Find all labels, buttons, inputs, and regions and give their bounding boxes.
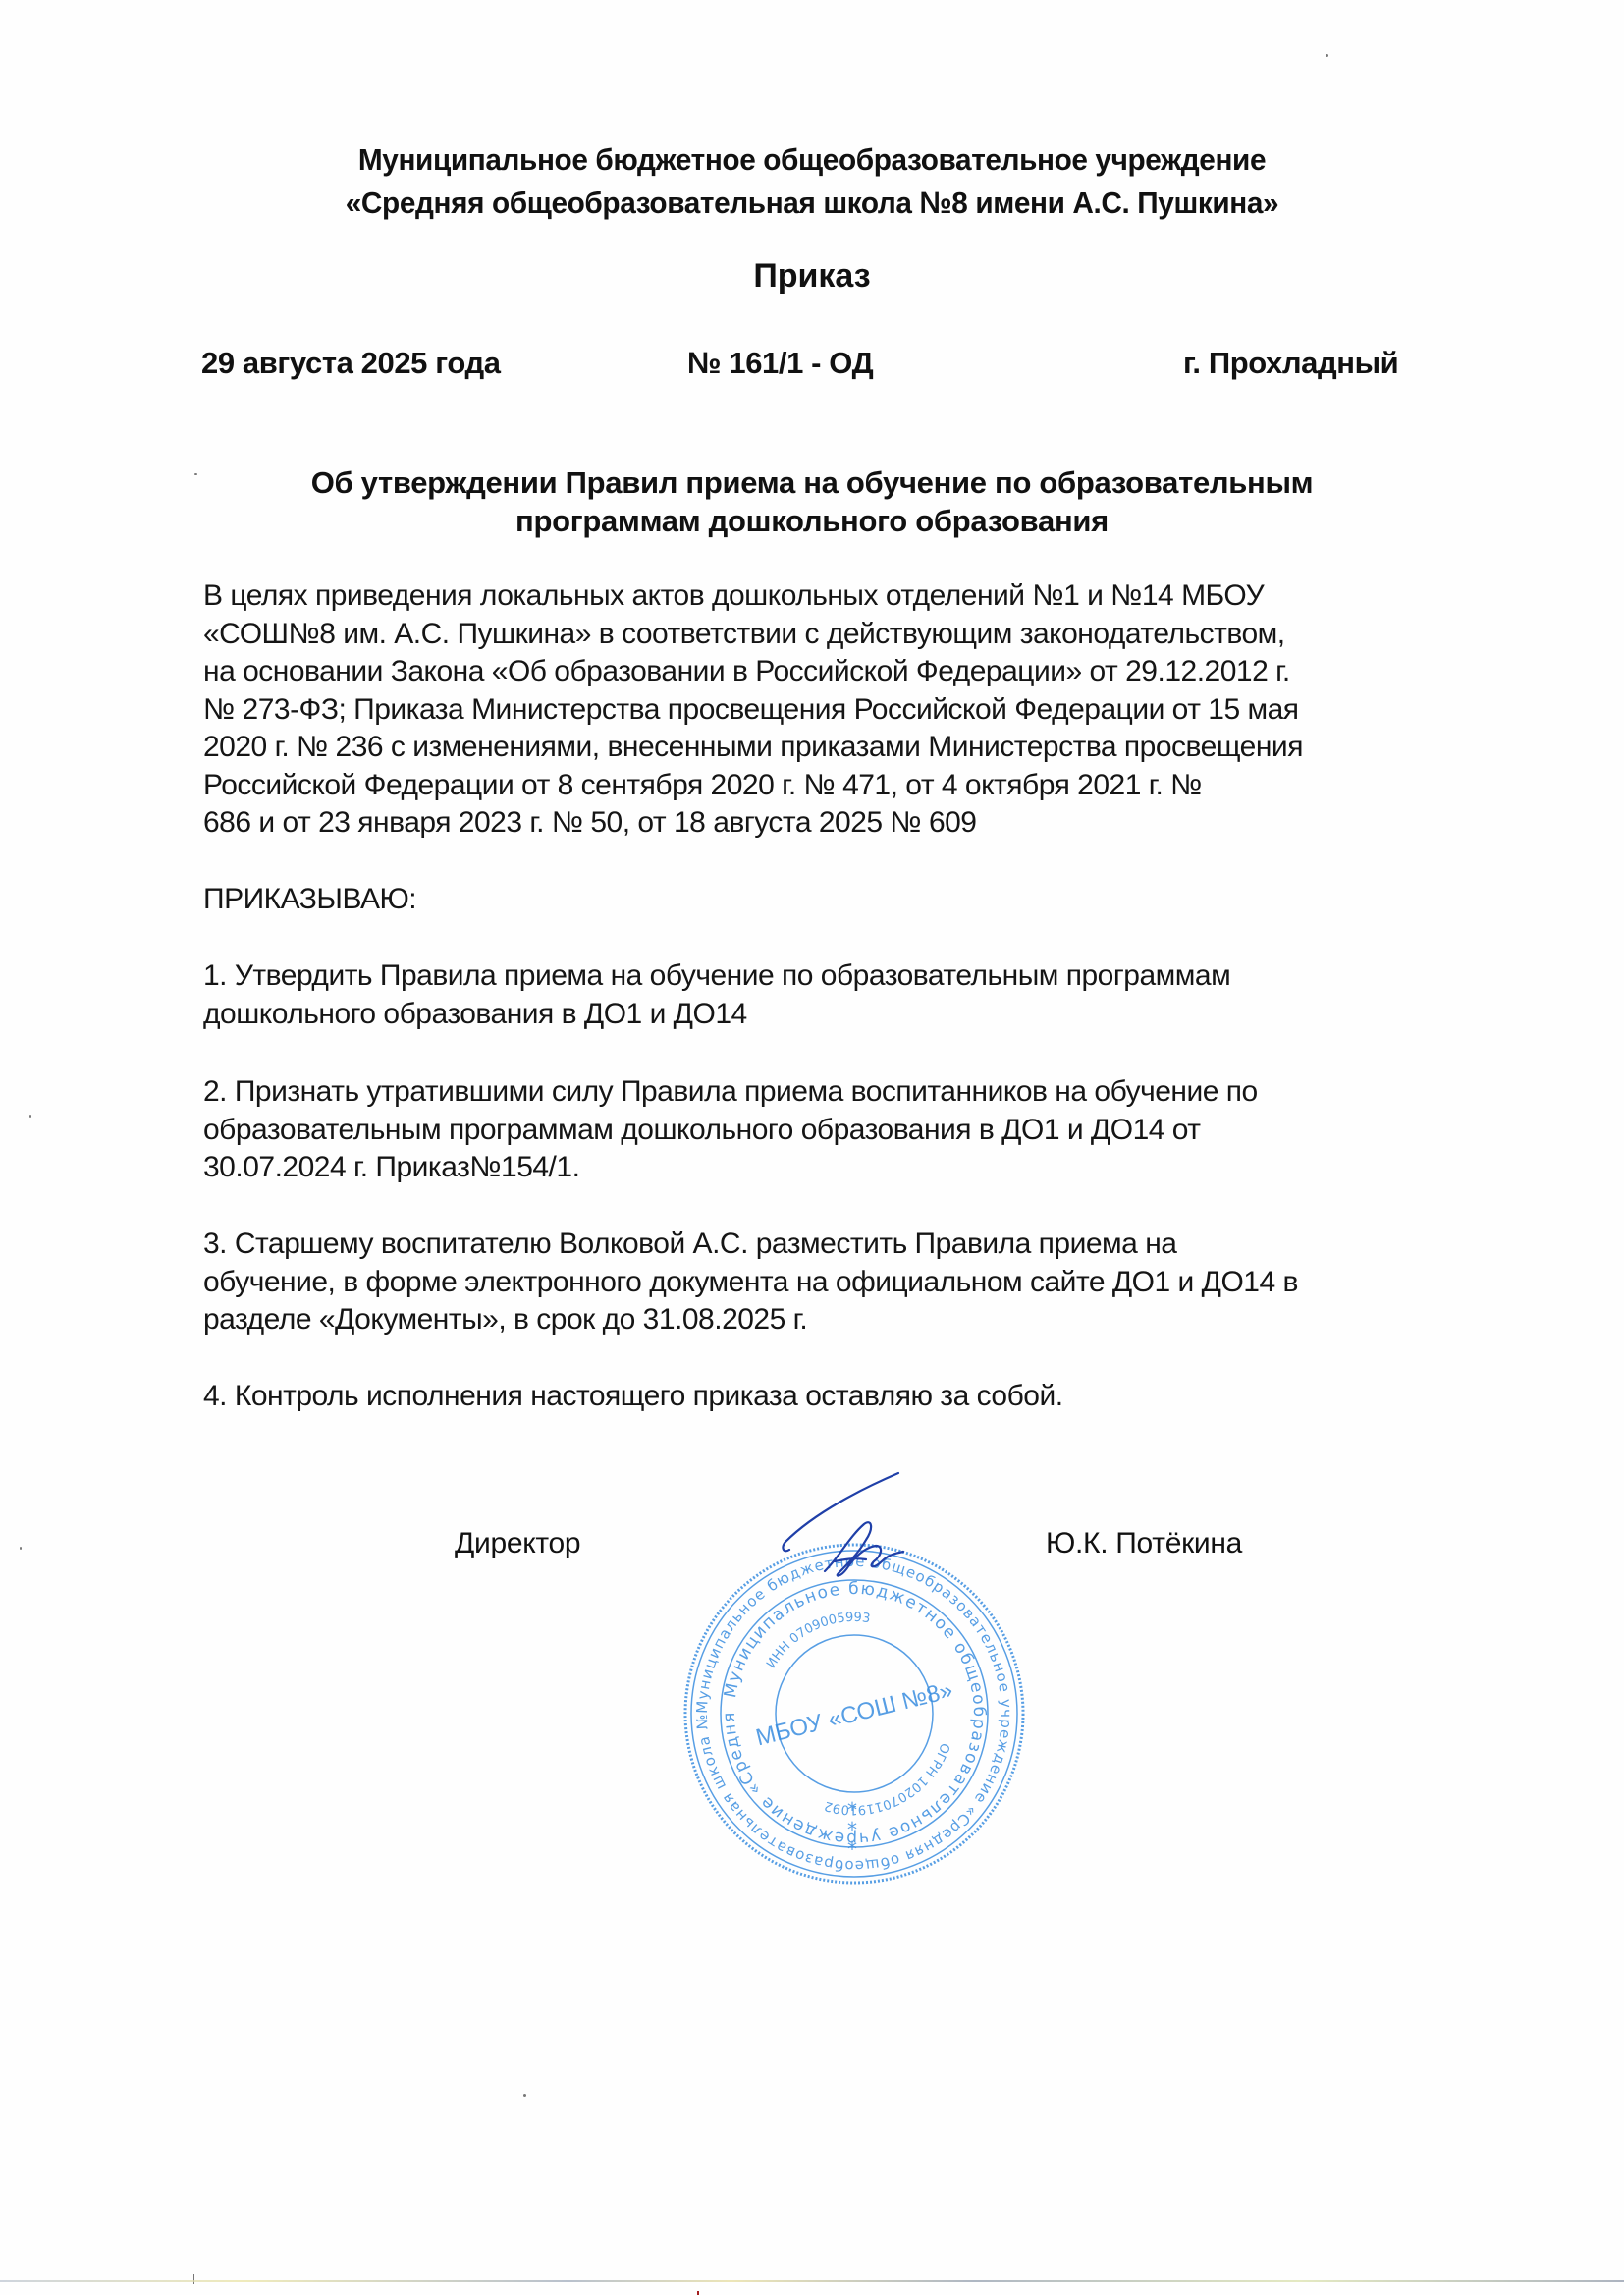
document-page: Муниципальное бюджетное общеобразователь… bbox=[0, 0, 1624, 2295]
order-item-3: 3. Старшему воспитателю Волковой А.С. ра… bbox=[203, 1226, 1519, 1339]
order-item-line: образовательным программам дошкольного о… bbox=[203, 1112, 1519, 1150]
document-number: № 161/1 - ОД bbox=[687, 346, 873, 381]
order-item-line: 2. Признать утратившими силу Правила при… bbox=[203, 1073, 1519, 1112]
document-date: 29 августа 2025 года bbox=[201, 346, 501, 381]
preamble-line: № 273-ФЗ; Приказа Министерства просвещен… bbox=[203, 691, 1519, 730]
scan-speck bbox=[194, 473, 197, 475]
order-item-line: 30.07.2024 г. Приказ№154/1. bbox=[203, 1149, 1519, 1187]
preamble-paragraph: В целях приведения локальных актов дошко… bbox=[203, 577, 1519, 843]
scan-speck bbox=[20, 1547, 22, 1550]
scan-speck bbox=[29, 1115, 31, 1118]
institution-name-line2: «Средняя общеобразовательная школа №8 им… bbox=[32, 186, 1592, 221]
scan-speck bbox=[1326, 54, 1328, 57]
preamble-line: 686 и от 23 января 2023 г. № 50, от 18 а… bbox=[203, 804, 1519, 843]
handwritten-signature-icon bbox=[756, 1463, 933, 1591]
document-type-title: Приказ bbox=[0, 257, 1624, 296]
order-item-4: 4. Контроль исполнения настоящего приказ… bbox=[203, 1378, 1519, 1416]
order-item-line: 4. Контроль исполнения настоящего приказ… bbox=[203, 1378, 1519, 1416]
scan-speck bbox=[193, 2274, 194, 2284]
order-item-line: разделе «Документы», в срок до 31.08.202… bbox=[203, 1301, 1519, 1339]
preamble-line: В целях приведения локальных актов дошко… bbox=[203, 577, 1519, 616]
order-item-line: 3. Старшему воспитателю Волковой А.С. ра… bbox=[203, 1226, 1519, 1264]
scanner-edge-line bbox=[0, 2280, 1624, 2282]
order-item-2: 2. Признать утратившими силу Правила при… bbox=[203, 1073, 1519, 1187]
scan-speck bbox=[697, 2291, 699, 2295]
orders-heading: ПРИКАЗЫВАЮ: bbox=[203, 881, 1519, 919]
order-item-line: 1. Утвердить Правила приема на обучение … bbox=[203, 957, 1519, 996]
institution-name-line1: Муниципальное бюджетное общеобразователь… bbox=[32, 142, 1592, 178]
document-subject-line1: Об утверждении Правил приема на обучение… bbox=[0, 465, 1624, 501]
preamble-line: на основании Закона «Об образовании в Ро… bbox=[203, 653, 1519, 691]
order-item-line: дошкольного образования в ДО1 и ДО14 bbox=[203, 996, 1519, 1034]
preamble-line: «СОШ№8 им. А.С. Пушкина» в соответствии … bbox=[203, 616, 1519, 654]
scan-speck bbox=[523, 2094, 526, 2097]
svg-text:*: * bbox=[847, 1837, 857, 1861]
order-item-1: 1. Утвердить Правила приема на обучение … bbox=[203, 957, 1519, 1033]
preamble-line: Российской Федерации от 8 сентября 2020 … bbox=[203, 767, 1519, 805]
signatory-name: Ю.К. Потёкина bbox=[1046, 1527, 1242, 1560]
document-subject-line2: программам дошкольного образования bbox=[0, 504, 1624, 539]
stamp-center-text: МБОУ «СОШ №8» bbox=[753, 1677, 955, 1752]
order-item-line: обучение, в форме электронного документа… bbox=[203, 1264, 1519, 1302]
document-city: г. Прохладный bbox=[1183, 346, 1398, 381]
signatory-role: Директор bbox=[455, 1527, 580, 1560]
preamble-line: 2020 г. № 236 с изменениями, внесенными … bbox=[203, 729, 1519, 767]
